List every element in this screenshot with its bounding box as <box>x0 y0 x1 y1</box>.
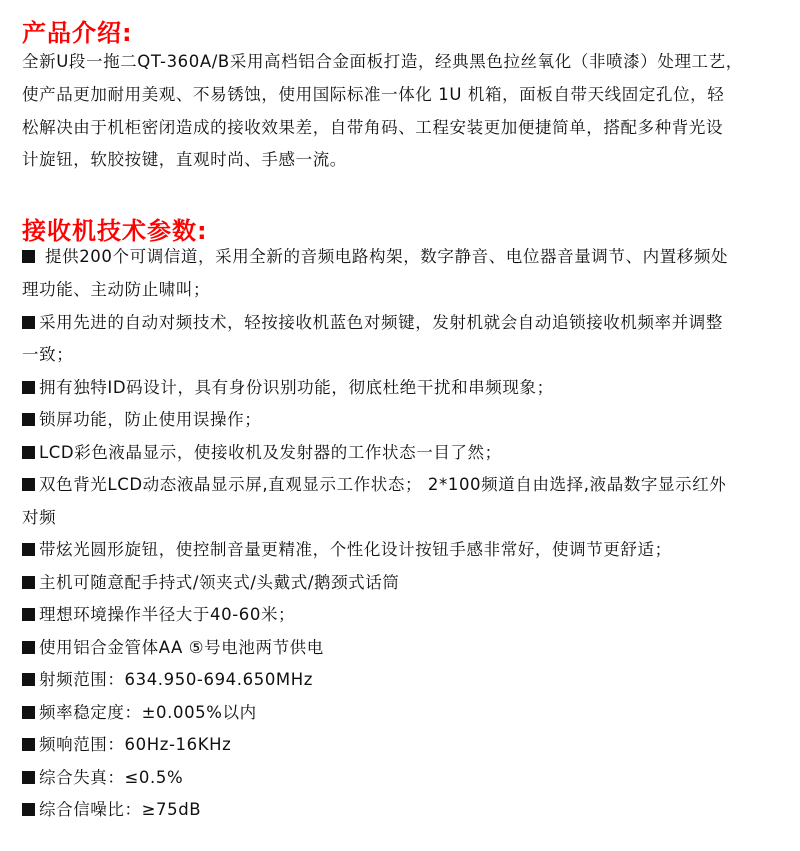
bullet-square-icon <box>22 478 35 491</box>
bullet-square-icon <box>22 413 35 426</box>
spec-text: 主机可随意配手持式/领夹式/头戴式/鹅颈式话筒 <box>39 573 399 592</box>
intro-line: 计旋钮，软胶按键，直观时尚、手感一流。 <box>22 149 347 171</box>
bullet-square-icon <box>22 576 35 589</box>
spec-text: 双色背光LCD动态液晶显示屏,直观显示工作状态； 2*100频道自由选择,液晶数… <box>39 475 726 494</box>
spec-text: 采用先进的自动对频技术，轻按接收机蓝色对频键，发射机就会自动追锁接收机频率并调整 <box>39 313 723 332</box>
bullet-square-icon <box>22 316 35 329</box>
spec-text: 拥有独特ID码设计，具有身份识别功能，彻底杜绝干扰和串频现象； <box>39 378 554 397</box>
spec-text: 带炫光圆形旋钮，使控制音量更精准，个性化设计按钮手感非常好，使调节更舒适； <box>39 540 672 559</box>
spec-item: 带炫光圆形旋钮，使控制音量更精准，个性化设计按钮手感非常好，使调节更舒适； <box>22 539 672 561</box>
spec-item: 综合信噪比：≥75dB <box>22 799 201 821</box>
spec-item-continuation: 对频 <box>22 507 56 529</box>
spec-item: 频响范围：60Hz-16KHz <box>22 734 231 756</box>
intro-line: 使产品更加耐用美观、不易锈蚀，使用国际标准一体化 1U 机箱，面板自带天线固定孔… <box>22 84 724 106</box>
spec-item: 频率稳定度：±0.005%以内 <box>22 702 257 724</box>
spec-text: 锁屏功能，防止使用误操作； <box>39 410 261 429</box>
spec-text: 理想环境操作半径大于40-60米； <box>39 605 295 624</box>
spec-item-continuation: 理功能、主动防止啸叫； <box>22 279 210 301</box>
bullet-square-icon <box>22 673 35 686</box>
spec-item: 射频范围：634.950-694.650MHz <box>22 669 313 691</box>
spec-item-continuation: 一致； <box>22 344 73 366</box>
specs-heading: 接收机技术参数: <box>22 211 208 246</box>
spec-item: 综合失真：≤0.5% <box>22 767 183 789</box>
spec-text: 频响范围：60Hz-16KHz <box>39 735 231 754</box>
bullet-square-icon <box>22 706 35 719</box>
spec-item: 锁屏功能，防止使用误操作； <box>22 409 261 431</box>
spec-text: 综合失真：≤0.5% <box>39 768 183 787</box>
spec-item: 双色背光LCD动态液晶显示屏,直观显示工作状态； 2*100频道自由选择,液晶数… <box>22 474 726 496</box>
bullet-square-icon <box>22 738 35 751</box>
spec-item: 提供200个可调信道，采用全新的音频电路构架，数字静音、电位器音量调节、内置移频… <box>22 246 728 268</box>
spec-text: 综合信噪比：≥75dB <box>39 800 201 819</box>
bullet-square-icon <box>22 803 35 816</box>
spec-text: 使用铝合金管体AA ⑤号电池两节供电 <box>39 638 324 657</box>
intro-line: 全新U段一拖二QT-360A/B采用高档铝合金面板打造，经典黑色拉丝氧化（非喷漆… <box>22 51 743 73</box>
spec-text: 频率稳定度：±0.005%以内 <box>39 703 257 722</box>
bullet-square-icon <box>22 446 35 459</box>
spec-text: 射频范围：634.950-694.650MHz <box>39 670 313 689</box>
bullet-square-icon <box>22 771 35 784</box>
intro-line: 松解决由于机柜密闭造成的接收效果差，自带角码、工程安装更加便捷简单，搭配多种背光… <box>22 117 723 139</box>
spec-text: 提供200个可调信道，采用全新的音频电路构架，数字静音、电位器音量调节、内置移频… <box>45 247 728 266</box>
intro-heading: 产品介绍: <box>22 13 133 48</box>
spec-item: 理想环境操作半径大于40-60米； <box>22 604 295 626</box>
bullet-square-icon <box>22 250 35 263</box>
bullet-square-icon <box>22 608 35 621</box>
spec-item: 使用铝合金管体AA ⑤号电池两节供电 <box>22 637 324 659</box>
spec-item: 采用先进的自动对频技术，轻按接收机蓝色对频键，发射机就会自动追锁接收机频率并调整 <box>22 312 723 334</box>
spec-item: 拥有独特ID码设计，具有身份识别功能，彻底杜绝干扰和串频现象； <box>22 377 554 399</box>
spec-text: LCD彩色液晶显示，使接收机及发射器的工作状态一目了然； <box>39 443 502 462</box>
spec-item: LCD彩色液晶显示，使接收机及发射器的工作状态一目了然； <box>22 442 502 464</box>
bullet-square-icon <box>22 543 35 556</box>
bullet-square-icon <box>22 641 35 654</box>
spec-item: 主机可随意配手持式/领夹式/头戴式/鹅颈式话筒 <box>22 572 399 594</box>
bullet-square-icon <box>22 381 35 394</box>
